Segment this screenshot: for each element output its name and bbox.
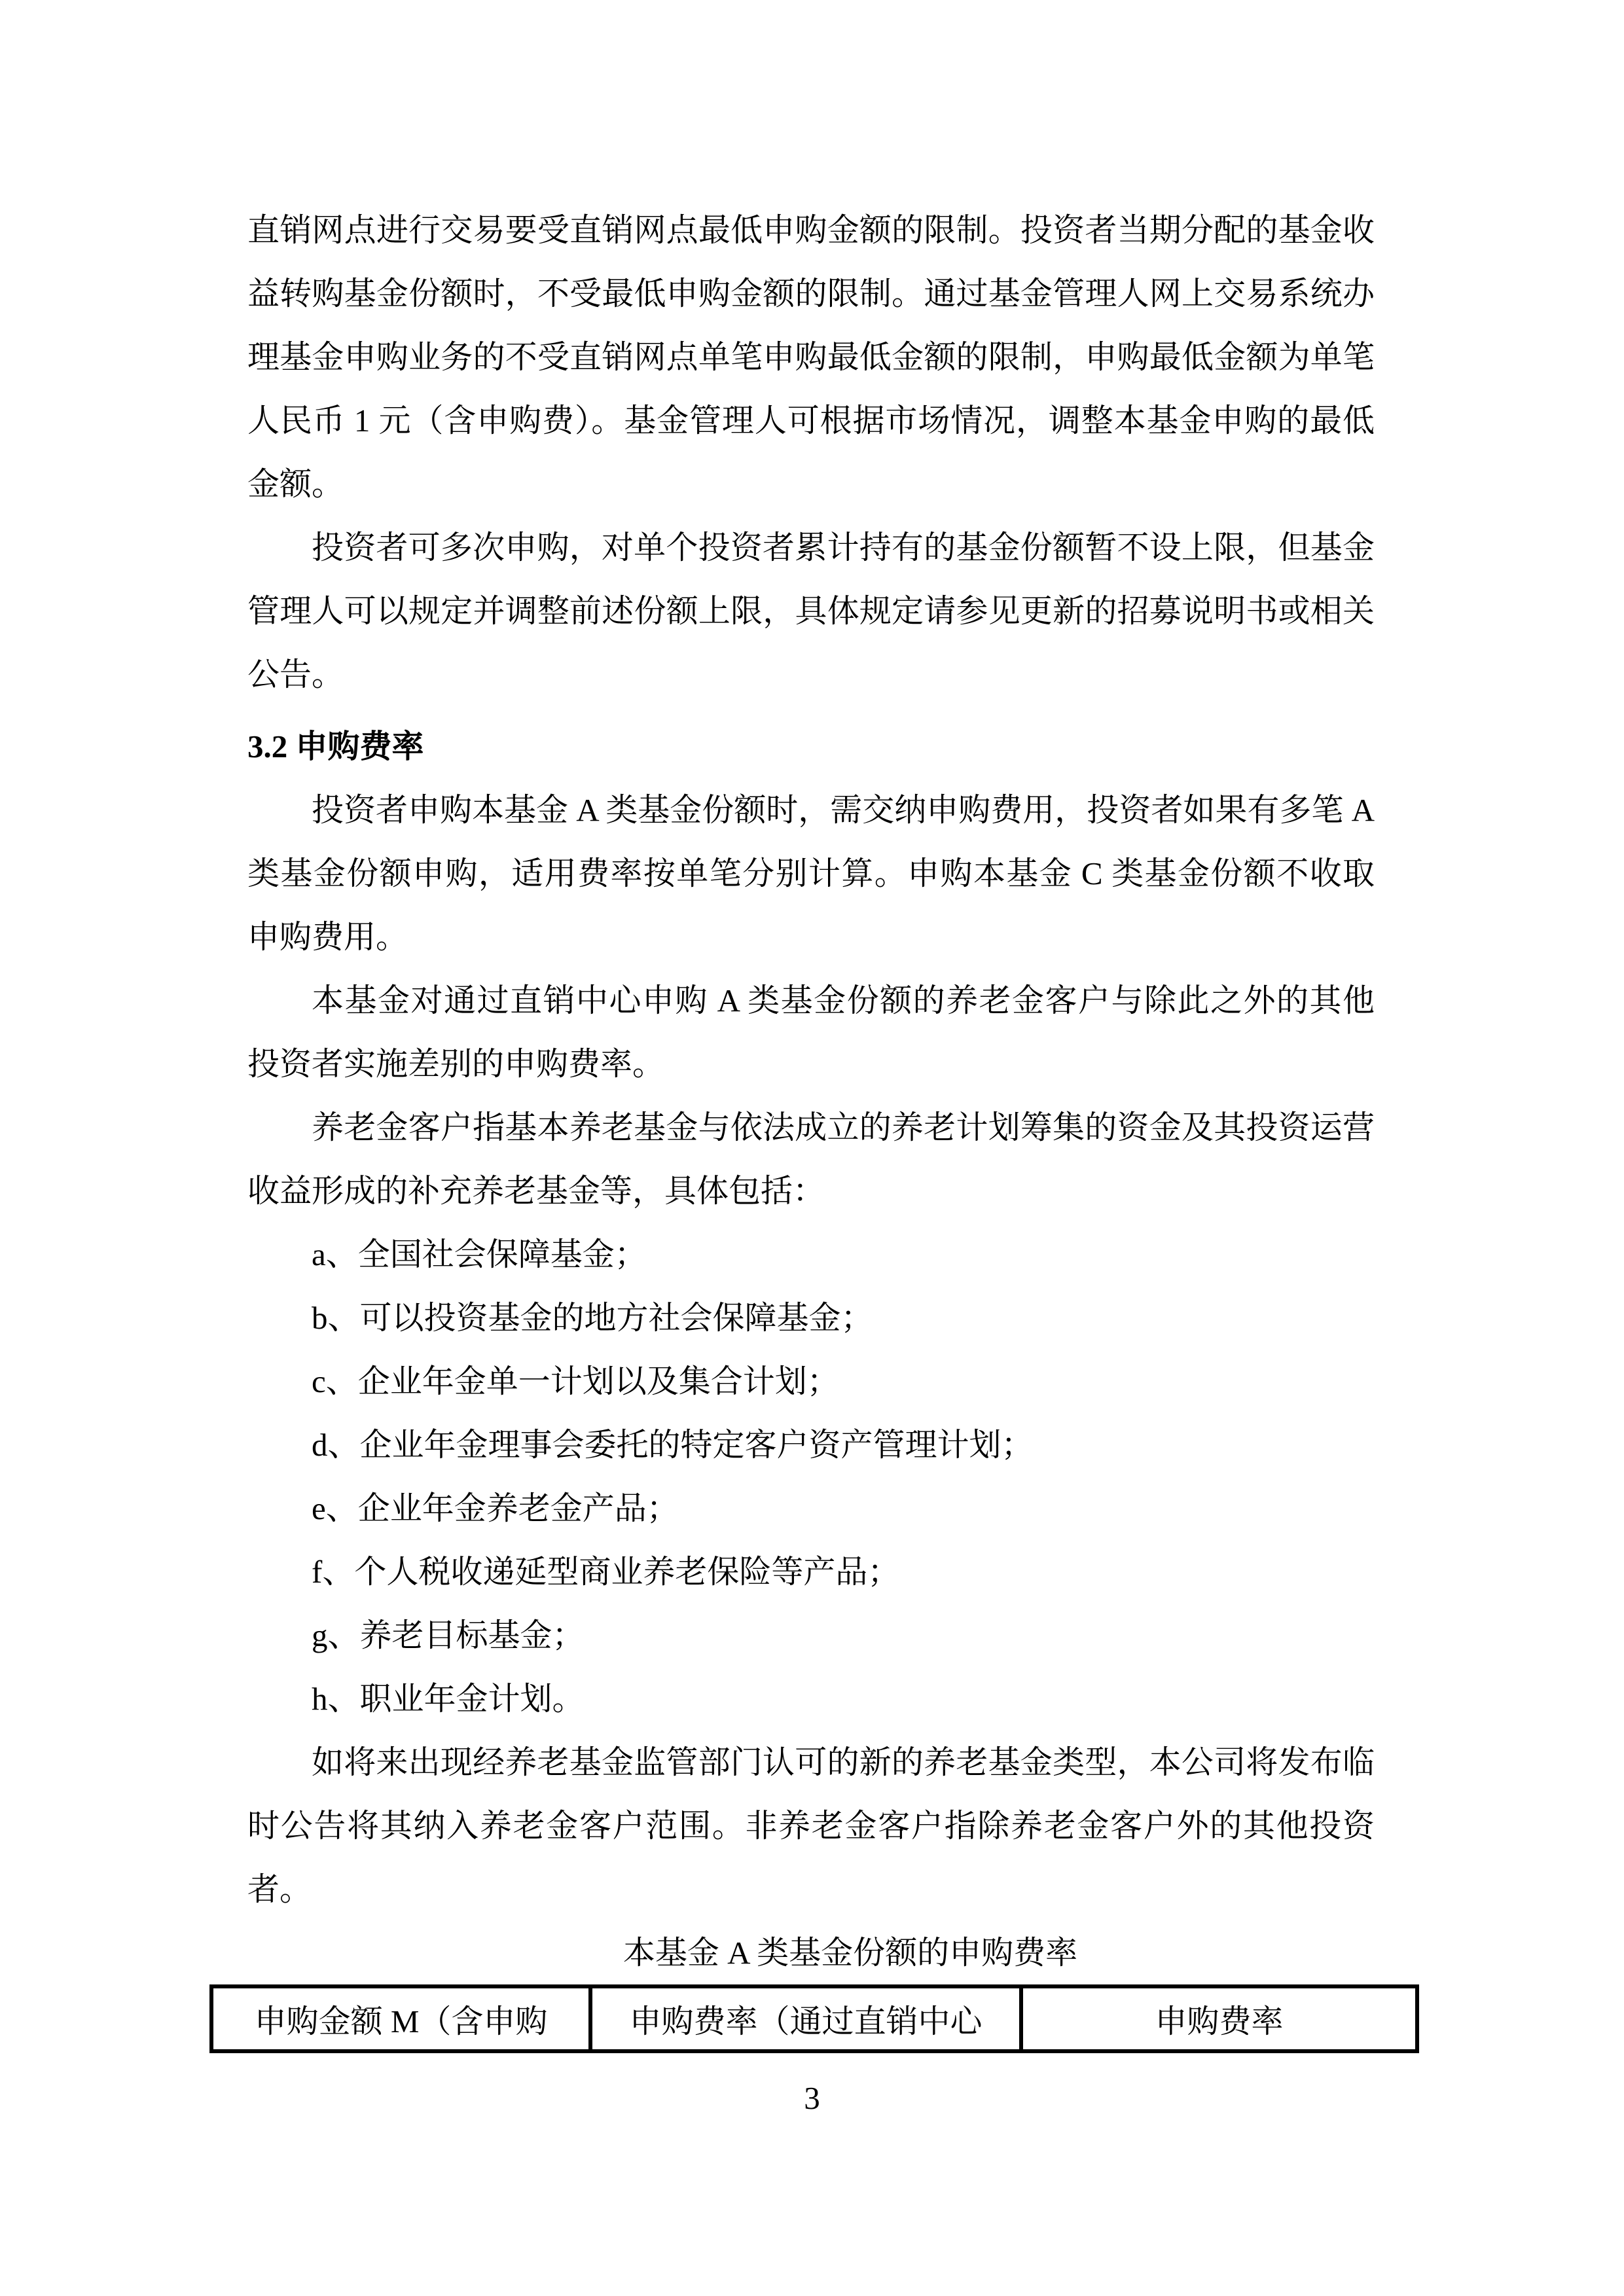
subscription-fee-table: 申购金额 M（含申购 申购费率（通过直销中心 申购费率 xyxy=(209,1984,1419,2053)
paragraph-multi-purchase: 投资者可多次申购，对单个投资者累计持有的基金份额暂不设上限，但基金管理人可以规定… xyxy=(247,516,1375,706)
list-item-g: g、养老目标基金； xyxy=(247,1604,1375,1667)
paragraph-differential-fee: 本基金对通过直销中心申购 A 类基金份额的养老金客户与除此之外的其他投资者实施差… xyxy=(247,969,1375,1096)
paragraph-future-pension-types: 如将来出现经养老基金监管部门认可的新的养老基金类型，本公司将发布临时公告将其纳入… xyxy=(247,1731,1375,1921)
document-page: 直销网点进行交易要受直销网点最低申购金额的限制。投资者当期分配的基金收益转购基金… xyxy=(0,0,1624,2296)
list-item-h: h、职业年金计划。 xyxy=(247,1667,1375,1731)
pension-client-list: a、全国社会保障基金； b、可以投资基金的地方社会保障基金； c、企业年金单一计… xyxy=(247,1223,1375,1731)
fee-table-header-rate-direct-center: 申购费率（通过直销中心 xyxy=(590,1986,1021,2051)
fee-table-header-row: 申购金额 M（含申购 申购费率（通过直销中心 申购费率 xyxy=(211,1986,1417,2051)
list-item-d: d、企业年金理事会委托的特定客户资产管理计划； xyxy=(247,1413,1375,1477)
paragraph-continued-from-previous-page: 直销网点进行交易要受直销网点最低申购金额的限制。投资者当期分配的基金收益转购基金… xyxy=(247,198,1375,516)
list-item-b: b、可以投资基金的地方社会保障基金； xyxy=(247,1286,1375,1350)
fee-table-header-amount: 申购金额 M（含申购 xyxy=(211,1986,590,2051)
section-heading-3-2: 3.2 申购费率 xyxy=(247,715,1375,778)
fee-table-caption: 本基金 A 类基金份额的申购费率 xyxy=(247,1921,1375,1984)
fee-table-header-rate: 申购费率 xyxy=(1021,1986,1417,2051)
paragraph-class-a-fee: 投资者申购本基金 A 类基金份额时，需交纳申购费用，投资者如果有多笔 A 类基金… xyxy=(247,778,1375,969)
fee-table-wrapper: 申购金额 M（含申购 申购费率（通过直销中心 申购费率 xyxy=(209,1984,1415,2053)
list-item-e: e、企业年金养老金产品； xyxy=(247,1477,1375,1540)
paragraph-pension-definition: 养老金客户指基本养老基金与依法成立的养老计划筹集的资金及其投资运营收益形成的补充… xyxy=(247,1096,1375,1223)
list-item-c: c、企业年金单一计划以及集合计划； xyxy=(247,1350,1375,1413)
list-item-f: f、个人税收递延型商业养老保险等产品； xyxy=(247,1540,1375,1604)
list-item-a: a、全国社会保障基金； xyxy=(247,1223,1375,1286)
page-number: 3 xyxy=(0,2080,1624,2117)
page-content: 直销网点进行交易要受直销网点最低申购金额的限制。投资者当期分配的基金收益转购基金… xyxy=(247,198,1375,2053)
